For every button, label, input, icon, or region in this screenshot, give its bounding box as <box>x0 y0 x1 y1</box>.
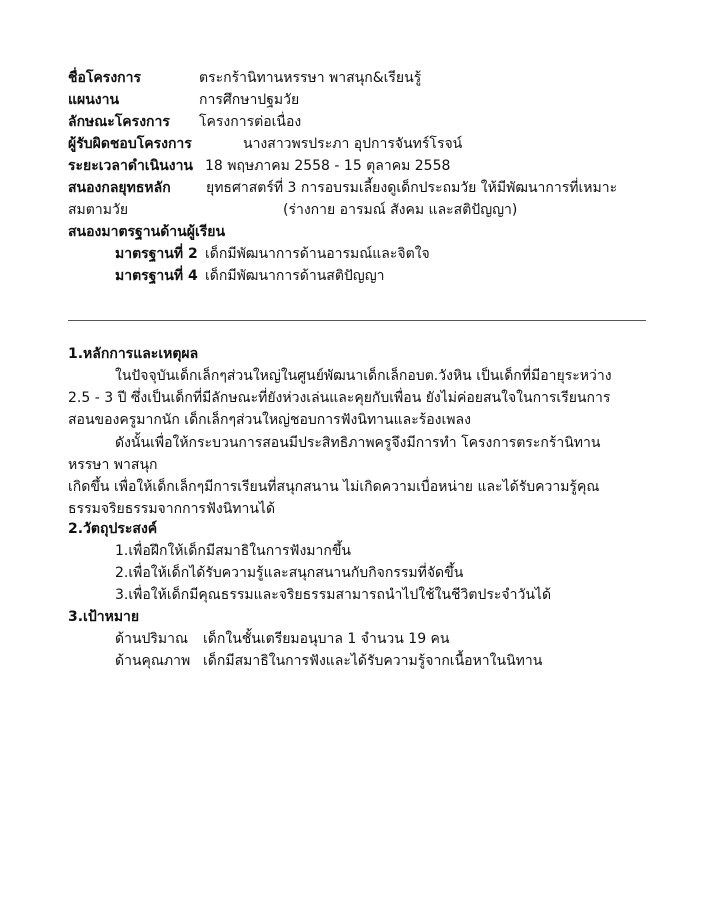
standard-2-value: เด็กมีพัฒนาการด้านอารมณ์และจิตใจ <box>205 243 430 265</box>
document-page: ชื่อโครงการ ตระกร้านิทานหรรษา พาสนุก&เรี… <box>0 0 719 898</box>
rationale-line: หรรษา พาสนุก <box>68 454 158 476</box>
rationale-line: ในปัจจุบันเด็กเล็กๆส่วนใหญ่ในศูนย์พัฒนาเ… <box>115 365 612 387</box>
rationale-heading: 1.หลักการและเหตุผล <box>68 343 198 365</box>
rationale-line: เกิดขึ้น เพื่อให้เด็กเล็กๆมีการเรียนที่ส… <box>68 476 599 498</box>
targets-heading: 3.เป้าหมาย <box>68 606 139 628</box>
objective-item: 1.เพื่อฝึกให้เด็กมีสมาธิในการฟังมากขึ้น <box>115 540 351 562</box>
strategy-continued-label: สมตามวัย <box>68 199 128 221</box>
standard-2-label: มาตรฐานที่ 2 <box>115 243 198 265</box>
target-quality-value: เด็กมีสมาธิในการฟังและได้รับความรู้จากเน… <box>203 650 542 672</box>
duration-label: ระยะเวลาดำเนินงาน <box>68 155 193 177</box>
objective-item: 3.เพื่อให้เด็กมีคุณธรรมและจริยธรรมสามารถ… <box>115 584 551 606</box>
standard-4-label: มาตรฐานที่ 4 <box>115 265 198 287</box>
objective-item: 2.เพื่อให้เด็กได้รับความรู้และสนุกสนานกั… <box>115 562 463 584</box>
strategy-continued-value: (ร่างกาย อารมณ์ สังคม และสติปัญญา) <box>283 199 517 221</box>
project-type-value: โครงการต่อเนื่อง <box>199 111 301 133</box>
duration-value: 18 พฤษภาคม 2558 - 15 ตุลาคม 2558 <box>205 155 450 177</box>
rationale-line: สอนของครูมากนัก เด็กเล็กๆส่วนใหญ่ชอบการฟ… <box>68 409 471 431</box>
project-name-value: ตระกร้านิทานหรรษา พาสนุก&เรียนรู้ <box>199 67 421 89</box>
project-type-label: ลักษณะโครงการ <box>68 111 170 133</box>
rationale-line: ธรรมจริยธรรมจากการฟังนิทานได้ <box>68 498 275 520</box>
standard-4-value: เด็กมีพัฒนาการด้านสติปัญญา <box>205 265 385 287</box>
strategy-label: สนองกลยุทธหลัก <box>68 177 171 199</box>
objectives-heading: 2.วัตถุประสงค์ <box>68 518 157 540</box>
strategy-value: ยุทธศาสตร์ที่ 3 การอบรมเลี้ยงดูเด็กประถม… <box>206 177 617 199</box>
standards-heading: สนองมาตรฐานด้านผู้เรียน <box>68 221 225 243</box>
project-name-label: ชื่อโครงการ <box>68 67 141 89</box>
rationale-line: ดังนั้นเพื่อให้กระบวนการสอนมีประสิทธิภาพ… <box>115 432 600 454</box>
target-quantity-label: ด้านปริมาณ <box>115 628 188 650</box>
target-quality-label: ด้านคุณภาพ <box>115 650 190 672</box>
divider-line <box>68 320 646 321</box>
responsible-value: นางสาวพรประภา อุปการจันทร์โรจน์ <box>243 133 462 155</box>
target-quantity-value: เด็กในชั้นเตรียมอนุบาล 1 จำนวน 19 คน <box>203 628 450 650</box>
rationale-line: 2.5 - 3 ปี ซึ่งเป็นเด็กที่มีลักษณะที่ยัง… <box>68 387 610 409</box>
responsible-label: ผู้รับผิดชอบโครงการ <box>68 133 192 155</box>
plan-label: แผนงาน <box>68 89 119 111</box>
plan-value: การศึกษาปฐมวัย <box>199 89 299 111</box>
